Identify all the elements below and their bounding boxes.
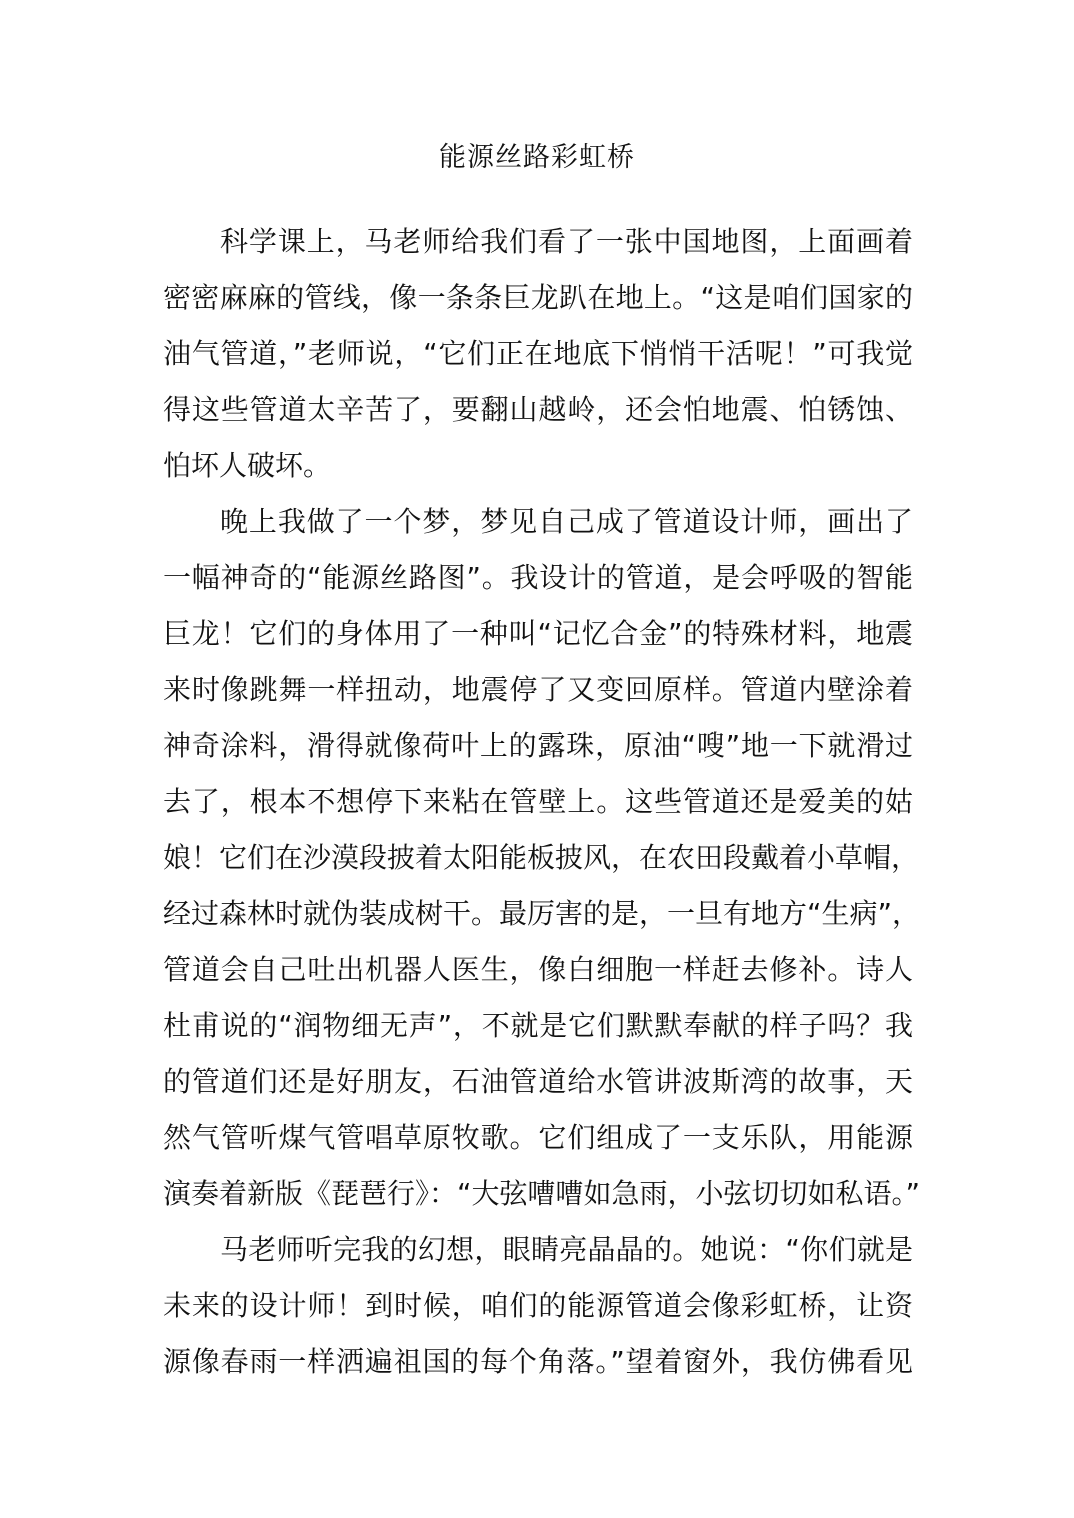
paragraph-line: 未来的设计师！到时候，咱们的能源管道会像彩虹桥，让资 [163, 1278, 913, 1334]
document-title: 能源丝路彩虹桥 [0, 138, 1074, 178]
paragraph-line: 油气管道，”老师说，“它们正在地底下悄悄干活呢！”可我觉 [163, 326, 913, 382]
paragraph-line: 神奇涂料，滑得就像荷叶上的露珠，原油“嗖”地一下就滑过 [163, 718, 913, 774]
document-body: 科学课上，马老师给我们看了一张中国地图，上面画着 密密麻麻的管线，像一条条巨龙趴… [163, 214, 913, 1390]
paragraph-line: 的管道们还是好朋友，石油管道给水管讲波斯湾的故事，天 [163, 1054, 913, 1110]
paragraph-line: 怕坏人破坏。 [163, 438, 913, 494]
paragraph-line: 娘！它们在沙漠段披着太阳能板披风，在农田段戴着小草帽， [163, 830, 913, 886]
paragraph-line: 科学课上，马老师给我们看了一张中国地图，上面画着 [163, 214, 913, 270]
paragraph-line: 杜甫说的“润物细无声”，不就是它们默默奉献的样子吗？我 [163, 998, 913, 1054]
paragraph-line: 然气管听煤气管唱草原牧歌。它们组成了一支乐队，用能源 [163, 1110, 913, 1166]
paragraph-line: 源像春雨一样洒遍祖国的每个角落。”望着窗外，我仿佛看见 [163, 1334, 913, 1390]
paragraph-2: 晚上我做了一个梦，梦见自己成了管道设计师，画出了 一幅神奇的“能源丝路图”。我设… [163, 494, 913, 1222]
paragraph-line: 管道会自己吐出机器人医生，像白细胞一样赶去修补。诗人 [163, 942, 913, 998]
paragraph-line: 演奏着新版《琵琶行》：“大弦嘈嘈如急雨，小弦切切如私语。” [163, 1166, 913, 1222]
paragraph-line: 来时像跳舞一样扭动，地震停了又变回原样。管道内壁涂着 [163, 662, 913, 718]
paragraph-line: 得这些管道太辛苦了，要翻山越岭，还会怕地震、怕锈蚀、 [163, 382, 913, 438]
paragraph-line: 晚上我做了一个梦，梦见自己成了管道设计师，画出了 [163, 494, 913, 550]
paragraph-3: 马老师听完我的幻想，眼睛亮晶晶的。她说：“你们就是 未来的设计师！到时候，咱们的… [163, 1222, 913, 1390]
paragraph-line: 经过森林时就伪装成树干。最厉害的是，一旦有地方“生病”， [163, 886, 913, 942]
document-page: 能源丝路彩虹桥 科学课上，马老师给我们看了一张中国地图，上面画着 密密麻麻的管线… [0, 0, 1074, 1518]
paragraph-line: 一幅神奇的“能源丝路图”。我设计的管道，是会呼吸的智能 [163, 550, 913, 606]
paragraph-1: 科学课上，马老师给我们看了一张中国地图，上面画着 密密麻麻的管线，像一条条巨龙趴… [163, 214, 913, 494]
paragraph-line: 马老师听完我的幻想，眼睛亮晶晶的。她说：“你们就是 [163, 1222, 913, 1278]
paragraph-line: 巨龙！它们的身体用了一种叫“记忆合金”的特殊材料，地震 [163, 606, 913, 662]
paragraph-line: 密密麻麻的管线，像一条条巨龙趴在地上。“这是咱们国家的 [163, 270, 913, 326]
paragraph-line: 去了，根本不想停下来粘在管壁上。这些管道还是爱美的姑 [163, 774, 913, 830]
